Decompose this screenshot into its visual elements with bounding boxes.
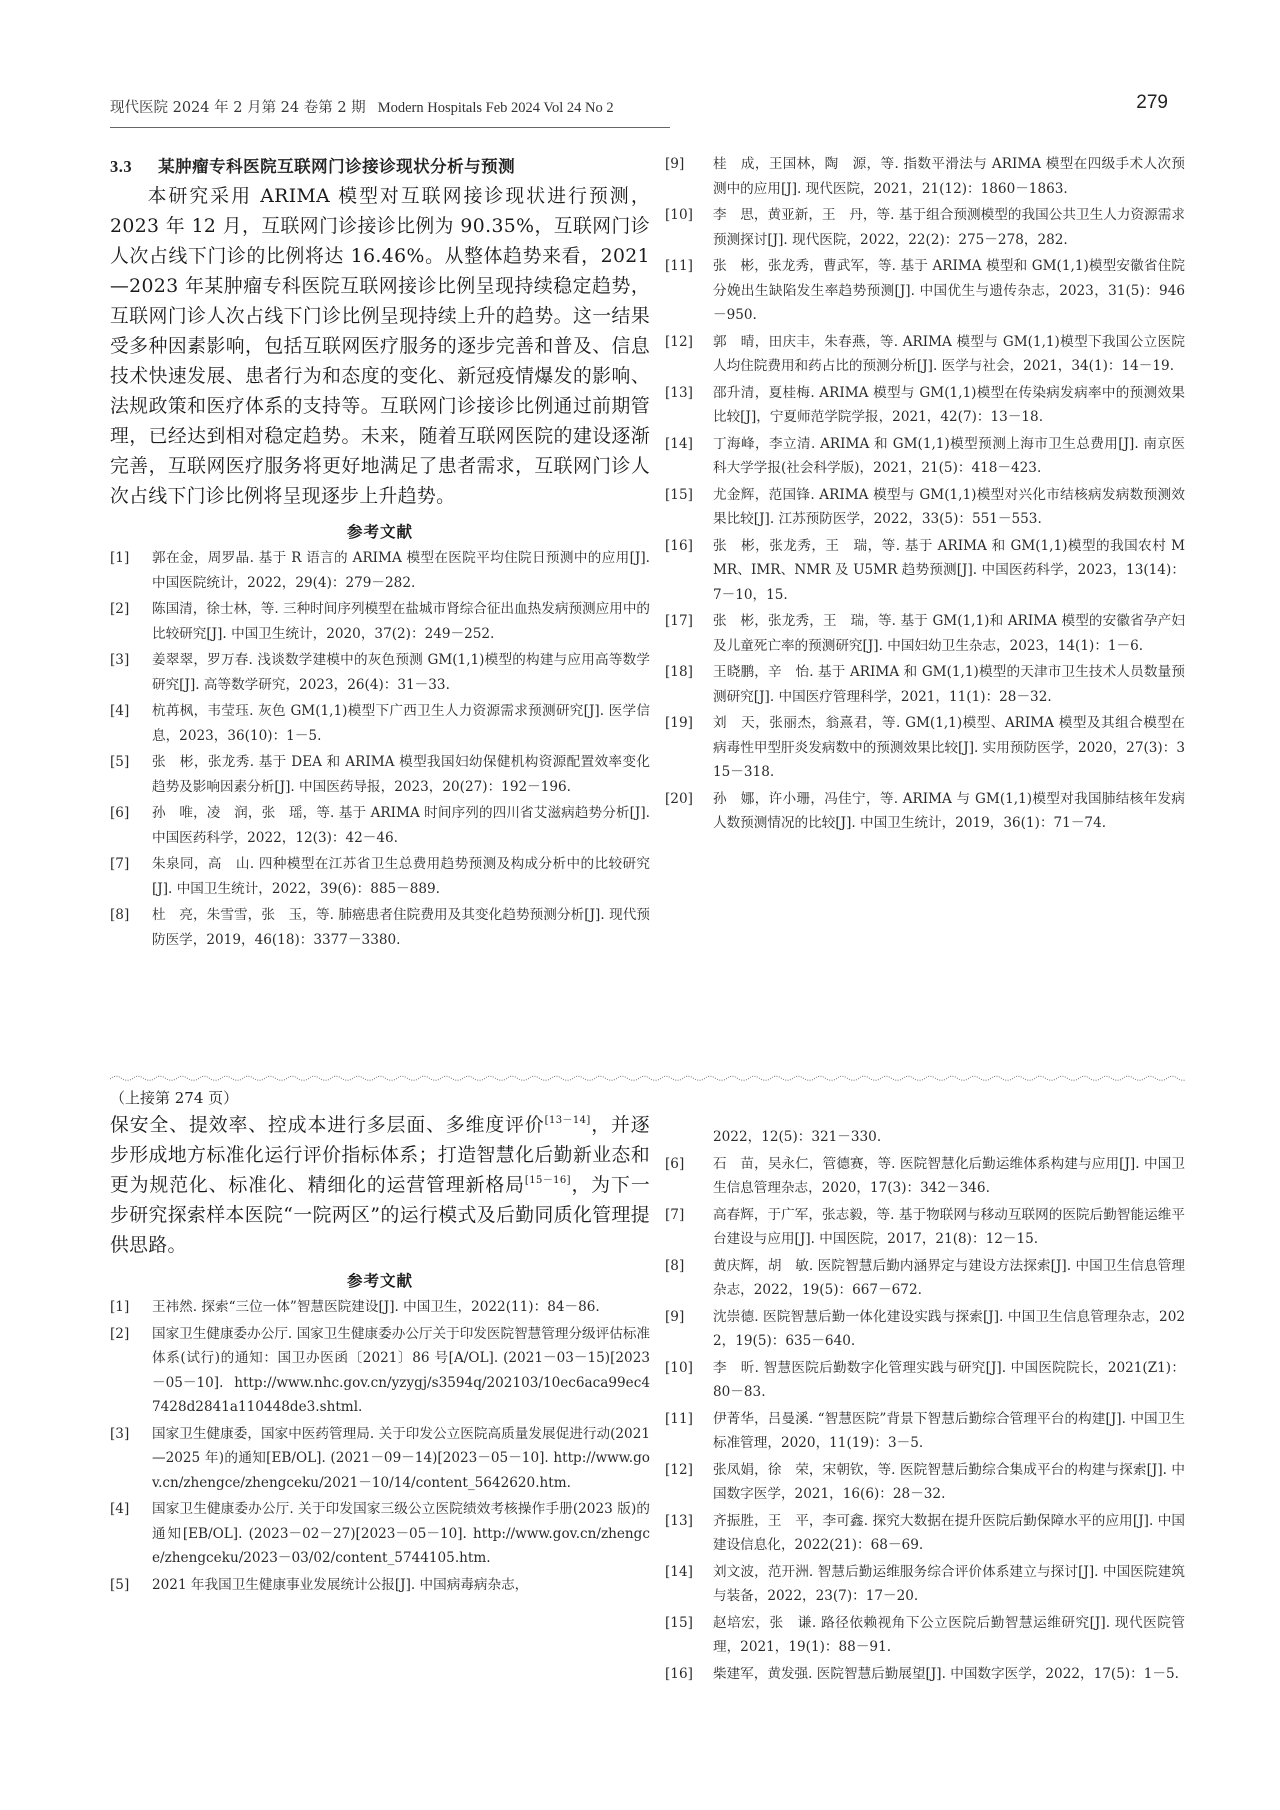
reference-number: [6] xyxy=(110,801,152,850)
reference-number: [17] xyxy=(665,609,713,658)
reference-text: 王祎然. 探索“三位一体”智慧医院建设[J]. 中国卫生，2022(11)：84… xyxy=(152,1295,650,1320)
reference-item: [20]孙 娜，许小珊，冯佳宁，等. ARIMA 与 GM(1,1)模型对我国肺… xyxy=(665,787,1185,836)
reference-number: [15] xyxy=(665,1611,713,1660)
reference-item: [11]张 彬，张龙秀，曹武军，等. 基于 ARIMA 模型和 GM(1,1)模… xyxy=(665,254,1185,328)
reference-item: [10]李 思，黄亚新，王 丹，等. 基于组合预测模型的我国公共卫生人力资源需求… xyxy=(665,203,1185,252)
reference-text: 柴建军，黄发强. 医院智慧后勤展望[J]. 中国数字医学，2022，17(5)：… xyxy=(713,1662,1185,1687)
reference-text: 赵培宏，张 谦. 路径依赖视角下公立医院后勤智慧运维研究[J]. 现代医院管理，… xyxy=(713,1611,1185,1660)
reference-text: 王晓鹏，辛 怡. 基于 ARIMA 和 GM(1,1)模型的天津市卫生技术人员数… xyxy=(713,660,1185,709)
reference-number: [5] xyxy=(110,750,152,799)
reference-number: [5] xyxy=(110,1573,152,1598)
reference-item: [1]郭在金，周罗晶. 基于 R 语言的 ARIMA 模型在医院平均住院日预测中… xyxy=(110,546,650,595)
reference-item: [2]国家卫生健康委办公厅. 国家卫生健康委办公厅关于印发医院智慧管理分级评估标… xyxy=(110,1322,650,1420)
reference-item: [17]张 彬，张龙秀，王 瑞，等. 基于 GM(1,1)和 ARIMA 模型的… xyxy=(665,609,1185,658)
reference-text: 石 苗，吴永仁，管德赛，等. 医院智慧化后勤运维体系构建与应用[J]. 中国卫生… xyxy=(713,1152,1185,1201)
reference-item: [12]郭 晴，田庆丰，朱春燕，等. ARIMA 模型与 GM(1,1)模型下我… xyxy=(665,330,1185,379)
reference-list: [1]王祎然. 探索“三位一体”智慧医院建设[J]. 中国卫生，2022(11)… xyxy=(110,1295,650,1597)
reference-number: [11] xyxy=(665,254,713,328)
reference-continuation: 2022，12(5)：321－330. xyxy=(665,1125,1185,1150)
reference-item: [5]张 彬，张龙秀. 基于 DEA 和 ARIMA 模型我国妇幼保健机构资源配… xyxy=(110,750,650,799)
reference-item: [12]张凤娟，徐 荣，宋朝钦，等. 医院智慧后勤综合集成平台的构建与探索[J]… xyxy=(665,1458,1185,1507)
article-b-left-column: （上接第 274 页） 保安全、提效率、控成本进行多层面、多维度评价[13－14… xyxy=(110,1085,650,1599)
reference-number: [8] xyxy=(665,1254,713,1303)
reference-text: 丁海峰，李立清. ARIMA 和 GM(1,1)模型预测上海市卫生总费用[J].… xyxy=(713,432,1185,481)
section-number: 3.3 xyxy=(110,157,132,176)
reference-text: 国家卫生健康委办公厅. 国家卫生健康委办公厅关于印发医院智慧管理分级评估标准体系… xyxy=(152,1322,650,1420)
reference-item: [16]柴建军，黄发强. 医院智慧后勤展望[J]. 中国数字医学，2022，17… xyxy=(665,1662,1185,1687)
reference-item: [6]孙 唯，凌 润，张 瑶，等. 基于 ARIMA 时间序列的四川省艾滋病趋势… xyxy=(110,801,650,850)
reference-text: 刘文波，范开洲. 智慧后勤运维服务综合评价体系建立与探讨[J]. 中国医院建筑与… xyxy=(713,1560,1185,1609)
reference-number: [3] xyxy=(110,648,152,697)
reference-item: [2]陈国清，徐士林，等. 三种时间序列模型在盐城市肾综合征出血热发病预测应用中… xyxy=(110,597,650,646)
section-heading: 3.3某肿瘤专科医院互联网门诊接诊现状分析与预测 xyxy=(110,152,650,182)
reference-text: 陈国清，徐士林，等. 三种时间序列模型在盐城市肾综合征出血热发病预测应用中的比较… xyxy=(152,597,650,646)
reference-item: [13]邵升清，夏桂梅. ARIMA 模型与 GM(1,1)模型在传染病发病率中… xyxy=(665,381,1185,430)
paragraph-text: 保安全、提效率、控成本进行多层面、多维度评价 xyxy=(110,1115,545,1136)
section-title: 某肿瘤专科医院互联网门诊接诊现状分析与预测 xyxy=(158,157,515,176)
running-header: 现代医院 2024 年 2 月第 24 卷第 2 期Modern Hospita… xyxy=(110,96,1180,136)
reference-item: [15]尤金辉，范国锋. ARIMA 模型与 GM(1,1)模型对兴化市结核病发… xyxy=(665,483,1185,532)
reference-list: [1]郭在金，周罗晶. 基于 R 语言的 ARIMA 模型在医院平均住院日预测中… xyxy=(110,546,650,952)
article-a-right-column: [9]桂 成，王国林，陶 源，等. 指数平滑法与 ARIMA 模型在四级手术人次… xyxy=(665,152,1185,838)
references-heading: 参考文献 xyxy=(110,1269,650,1291)
reference-number: [19] xyxy=(665,711,713,785)
reference-text: 齐振胜，王 平，李可鑫. 探究大数据在提升医院后勤保障水平的应用[J]. 中国建… xyxy=(713,1509,1185,1558)
reference-item: [8]黄庆辉，胡 敏. 医院智慧后勤内涵界定与建设方法探索[J]. 中国卫生信息… xyxy=(665,1254,1185,1303)
references-heading: 参考文献 xyxy=(110,520,650,542)
reference-text: 邵升清，夏桂梅. ARIMA 模型与 GM(1,1)模型在传染病发病率中的预测效… xyxy=(713,381,1185,430)
reference-text: 沈崇德. 医院智慧后勤一体化建设实践与探索[J]. 中国卫生信息管理杂志，202… xyxy=(713,1305,1185,1354)
reference-text: 张 彬，张龙秀，曹武军，等. 基于 ARIMA 模型和 GM(1,1)模型安徽省… xyxy=(713,254,1185,328)
reference-number: [12] xyxy=(665,330,713,379)
reference-item: [10]李 昕. 智慧医院后勤数字化管理实践与研究[J]. 中国医院院长，202… xyxy=(665,1356,1185,1405)
reference-number: [4] xyxy=(110,1497,152,1571)
reference-number: [2] xyxy=(110,1322,152,1420)
reference-item: [19]刘 天，张丽杰，翁熹君，等. GM(1,1)模型、ARIMA 模型及其组… xyxy=(665,711,1185,785)
reference-number: [2] xyxy=(110,597,152,646)
wavy-line-icon xyxy=(110,1073,1185,1083)
reference-number: [15] xyxy=(665,483,713,532)
reference-text: 朱泉同，高 山. 四种模型在江苏省卫生总费用趋势预测及构成分析中的比较研究[J]… xyxy=(152,852,650,901)
reference-text: 尤金辉，范国锋. ARIMA 模型与 GM(1,1)模型对兴化市结核病发病数预测… xyxy=(713,483,1185,532)
reference-number: [8] xyxy=(110,903,152,952)
reference-number-spacer xyxy=(665,1125,713,1150)
reference-text: 孙 唯，凌 润，张 瑶，等. 基于 ARIMA 时间序列的四川省艾滋病趋势分析[… xyxy=(152,801,650,850)
reference-item: [13]齐振胜，王 平，李可鑫. 探究大数据在提升医院后勤保障水平的应用[J].… xyxy=(665,1509,1185,1558)
reference-text: 伊菁华，吕曼溪. “智慧医院”背景下智慧后勤综合管理平台的构建[J]. 中国卫生… xyxy=(713,1407,1185,1456)
reference-text: 黄庆辉，胡 敏. 医院智慧后勤内涵界定与建设方法探索[J]. 中国卫生信息管理杂… xyxy=(713,1254,1185,1303)
reference-item: [16]张 彬，张龙秀，王 瑞，等. 基于 ARIMA 和 GM(1,1)模型的… xyxy=(665,534,1185,608)
body-paragraph: 本研究采用 ARIMA 模型对互联网接诊现状进行预测，2023 年 12 月，互… xyxy=(110,182,650,512)
reference-number: [18] xyxy=(665,660,713,709)
reference-item: [9]桂 成，王国林，陶 源，等. 指数平滑法与 ARIMA 模型在四级手术人次… xyxy=(665,152,1185,201)
reference-text: 高春辉，于广军，张志毅，等. 基于物联网与移动互联网的医院后勤智能运维平台建设与… xyxy=(713,1203,1185,1252)
reference-text: 张 彬，张龙秀. 基于 DEA 和 ARIMA 模型我国妇幼保健机构资源配置效率… xyxy=(152,750,650,799)
page-number: 279 xyxy=(1136,92,1168,114)
header-rule xyxy=(110,127,670,128)
reference-text: 张凤娟，徐 荣，宋朝钦，等. 医院智慧后勤综合集成平台的构建与探索[J]. 中国… xyxy=(713,1458,1185,1507)
reference-text: 桂 成，王国林，陶 源，等. 指数平滑法与 ARIMA 模型在四级手术人次预测中… xyxy=(713,152,1185,201)
reference-item: [6]石 苗，吴永仁，管德赛，等. 医院智慧化后勤运维体系构建与应用[J]. 中… xyxy=(665,1152,1185,1201)
reference-number: [3] xyxy=(110,1422,152,1496)
reference-text: 2021 年我国卫生健康事业发展统计公报[J]. 中国病毒病杂志， xyxy=(152,1573,650,1598)
reference-number: [16] xyxy=(665,534,713,608)
reference-text: 国家卫生健康委办公厅. 关于印发国家三级公立医院绩效考核操作手册(2023 版)… xyxy=(152,1497,650,1571)
reference-item: [4]杭苒枫，韦莹珏. 灰色 GM(1,1)模型下广西卫生人力资源需求预测研究[… xyxy=(110,699,650,748)
reference-number: [14] xyxy=(665,1560,713,1609)
reference-number: [9] xyxy=(665,1305,713,1354)
reference-number: [10] xyxy=(665,203,713,252)
reference-number: [7] xyxy=(665,1203,713,1252)
reference-item: [14]丁海峰，李立清. ARIMA 和 GM(1,1)模型预测上海市卫生总费用… xyxy=(665,432,1185,481)
reference-text: 孙 娜，许小珊，冯佳宁，等. ARIMA 与 GM(1,1)模型对我国肺结核年发… xyxy=(713,787,1185,836)
reference-text: 2022，12(5)：321－330. xyxy=(713,1125,1185,1150)
reference-item: [3]国家卫生健康委，国家中医药管理局. 关于印发公立医院高质量发展促进行动(2… xyxy=(110,1422,650,1496)
reference-number: [13] xyxy=(665,381,713,430)
reference-number: [10] xyxy=(665,1356,713,1405)
body-paragraph: 保安全、提效率、控成本进行多层面、多维度评价[13－14]，并逐步形成地方标准化… xyxy=(110,1111,650,1261)
reference-item: [5]2021 年我国卫生健康事业发展统计公报[J]. 中国病毒病杂志， xyxy=(110,1573,650,1598)
reference-text: 李 昕. 智慧医院后勤数字化管理实践与研究[J]. 中国医院院长，2021(Z1… xyxy=(713,1356,1185,1405)
reference-item: [18]王晓鹏，辛 怡. 基于 ARIMA 和 GM(1,1)模型的天津市卫生技… xyxy=(665,660,1185,709)
citation-marker: [15－16] xyxy=(525,1175,571,1186)
reference-text: 张 彬，张龙秀，王 瑞，等. 基于 ARIMA 和 GM(1,1)模型的我国农村… xyxy=(713,534,1185,608)
reference-number: [7] xyxy=(110,852,152,901)
reference-item: [4]国家卫生健康委办公厅. 关于印发国家三级公立医院绩效考核操作手册(2023… xyxy=(110,1497,650,1571)
reference-item: [3]姜翠翠，罗万春. 浅谈数学建模中的灰色预测 GM(1,1)模型的构建与应用… xyxy=(110,648,650,697)
reference-list: [6]石 苗，吴永仁，管德赛，等. 医院智慧化后勤运维体系构建与应用[J]. 中… xyxy=(665,1152,1185,1687)
reference-item: [7]朱泉同，高 山. 四种模型在江苏省卫生总费用趋势预测及构成分析中的比较研究… xyxy=(110,852,650,901)
reference-number: [1] xyxy=(110,1295,152,1320)
reference-text: 郭在金，周罗晶. 基于 R 语言的 ARIMA 模型在医院平均住院日预测中的应用… xyxy=(152,546,650,595)
reference-item: [15]赵培宏，张 谦. 路径依赖视角下公立医院后勤智慧运维研究[J]. 现代医… xyxy=(665,1611,1185,1660)
reference-number: [4] xyxy=(110,699,152,748)
reference-number: [6] xyxy=(665,1152,713,1201)
journal-name-en: Modern Hospitals Feb 2024 Vol 24 No 2 xyxy=(378,100,614,116)
reference-number: [9] xyxy=(665,152,713,201)
reference-number: [14] xyxy=(665,432,713,481)
reference-item: [1]王祎然. 探索“三位一体”智慧医院建设[J]. 中国卫生，2022(11)… xyxy=(110,1295,650,1320)
journal-citation: 现代医院 2024 年 2 月第 24 卷第 2 期Modern Hospita… xyxy=(110,96,614,117)
reference-number: [1] xyxy=(110,546,152,595)
reference-number: [13] xyxy=(665,1509,713,1558)
reference-number: [11] xyxy=(665,1407,713,1456)
reference-item: [7]高春辉，于广军，张志毅，等. 基于物联网与移动互联网的医院后勤智能运维平台… xyxy=(665,1203,1185,1252)
reference-number: [20] xyxy=(665,787,713,836)
reference-number: [12] xyxy=(665,1458,713,1507)
reference-text: 杜 亮，朱雪雪，张 玉，等. 肺癌患者住院费用及其变化趋势预测分析[J]. 现代… xyxy=(152,903,650,952)
reference-item: [11]伊菁华，吕曼溪. “智慧医院”背景下智慧后勤综合管理平台的构建[J]. … xyxy=(665,1407,1185,1456)
journal-name-cn: 现代医院 2024 年 2 月第 24 卷第 2 期 xyxy=(110,100,366,116)
reference-text: 李 思，黄亚新，王 丹，等. 基于组合预测模型的我国公共卫生人力资源需求预测探讨… xyxy=(713,203,1185,252)
reference-text: 国家卫生健康委，国家中医药管理局. 关于印发公立医院高质量发展促进行动(2021… xyxy=(152,1422,650,1496)
article-a-left-column: 3.3某肿瘤专科医院互联网门诊接诊现状分析与预测 本研究采用 ARIMA 模型对… xyxy=(110,152,650,954)
reference-item: [8]杜 亮，朱雪雪，张 玉，等. 肺癌患者住院费用及其变化趋势预测分析[J].… xyxy=(110,903,650,952)
citation-marker: [13－14] xyxy=(545,1115,591,1126)
reference-item: [14]刘文波，范开洲. 智慧后勤运维服务综合评价体系建立与探讨[J]. 中国医… xyxy=(665,1560,1185,1609)
continued-from-note: （上接第 274 页） xyxy=(110,1085,650,1111)
reference-list: [9]桂 成，王国林，陶 源，等. 指数平滑法与 ARIMA 模型在四级手术人次… xyxy=(665,152,1185,836)
article-b-right-column: 2022，12(5)：321－330. [6]石 苗，吴永仁，管德赛，等. 医院… xyxy=(665,1125,1185,1688)
reference-text: 郭 晴，田庆丰，朱春燕，等. ARIMA 模型与 GM(1,1)模型下我国公立医… xyxy=(713,330,1185,379)
reference-item: [9]沈崇德. 医院智慧后勤一体化建设实践与探索[J]. 中国卫生信息管理杂志，… xyxy=(665,1305,1185,1354)
reference-text: 张 彬，张龙秀，王 瑞，等. 基于 GM(1,1)和 ARIMA 模型的安徽省孕… xyxy=(713,609,1185,658)
reference-text: 姜翠翠，罗万春. 浅谈数学建模中的灰色预测 GM(1,1)模型的构建与应用高等数… xyxy=(152,648,650,697)
reference-text: 刘 天，张丽杰，翁熹君，等. GM(1,1)模型、ARIMA 模型及其组合模型在… xyxy=(713,711,1185,785)
article-separator xyxy=(110,1068,1185,1078)
reference-text: 杭苒枫，韦莹珏. 灰色 GM(1,1)模型下广西卫生人力资源需求预测研究[J].… xyxy=(152,699,650,748)
reference-number: [16] xyxy=(665,1662,713,1687)
